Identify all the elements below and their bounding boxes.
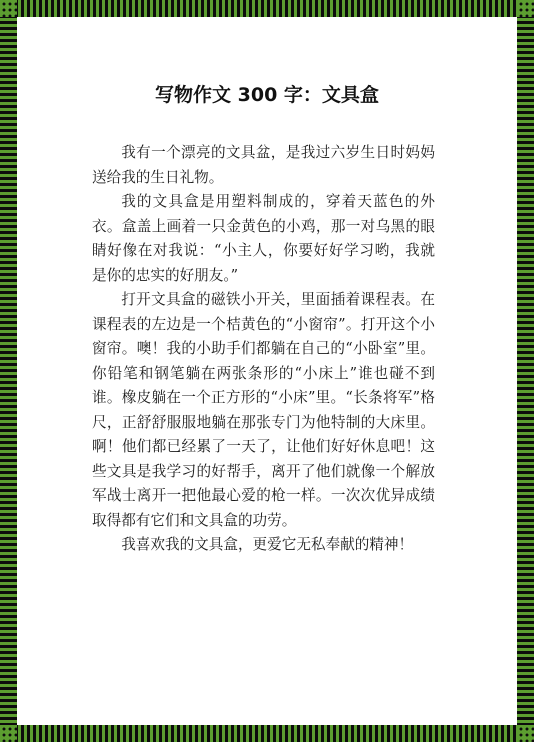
document-page: 写物作文 300 字：文具盒 我有一个漂亮的文具盆，是我过六岁生日时妈妈送给我的… <box>17 17 517 725</box>
document-title: 写物作文 300 字：文具盒 <box>17 80 517 107</box>
paragraph: 打开文具盒的磁铁小开关，里面插着课程表。在课程表的左边是一个桔黄色的“小窗帘”。… <box>92 288 435 533</box>
corner-dots-icon <box>517 725 534 742</box>
corner-dots-icon <box>517 0 534 17</box>
border-left-stripes <box>0 0 17 742</box>
paragraph: 我喜欢我的文具盒，更爱它无私奉献的精神！ <box>92 533 435 558</box>
paragraph: 我的文具盒是用塑料制成的，穿着天蓝色的外衣。盒盖上画着一只金黄色的小鸡，那一对乌… <box>92 190 435 288</box>
document-body: 我有一个漂亮的文具盆，是我过六岁生日时妈妈送给我的生日礼物。 我的文具盒是用塑料… <box>92 141 435 558</box>
border-top-stripes <box>0 0 534 17</box>
corner-dots-icon <box>0 725 17 742</box>
corner-dots-icon <box>0 0 17 17</box>
border-right-stripes <box>517 0 534 742</box>
paragraph: 我有一个漂亮的文具盆，是我过六岁生日时妈妈送给我的生日礼物。 <box>92 141 435 190</box>
border-bottom-stripes <box>0 725 534 742</box>
